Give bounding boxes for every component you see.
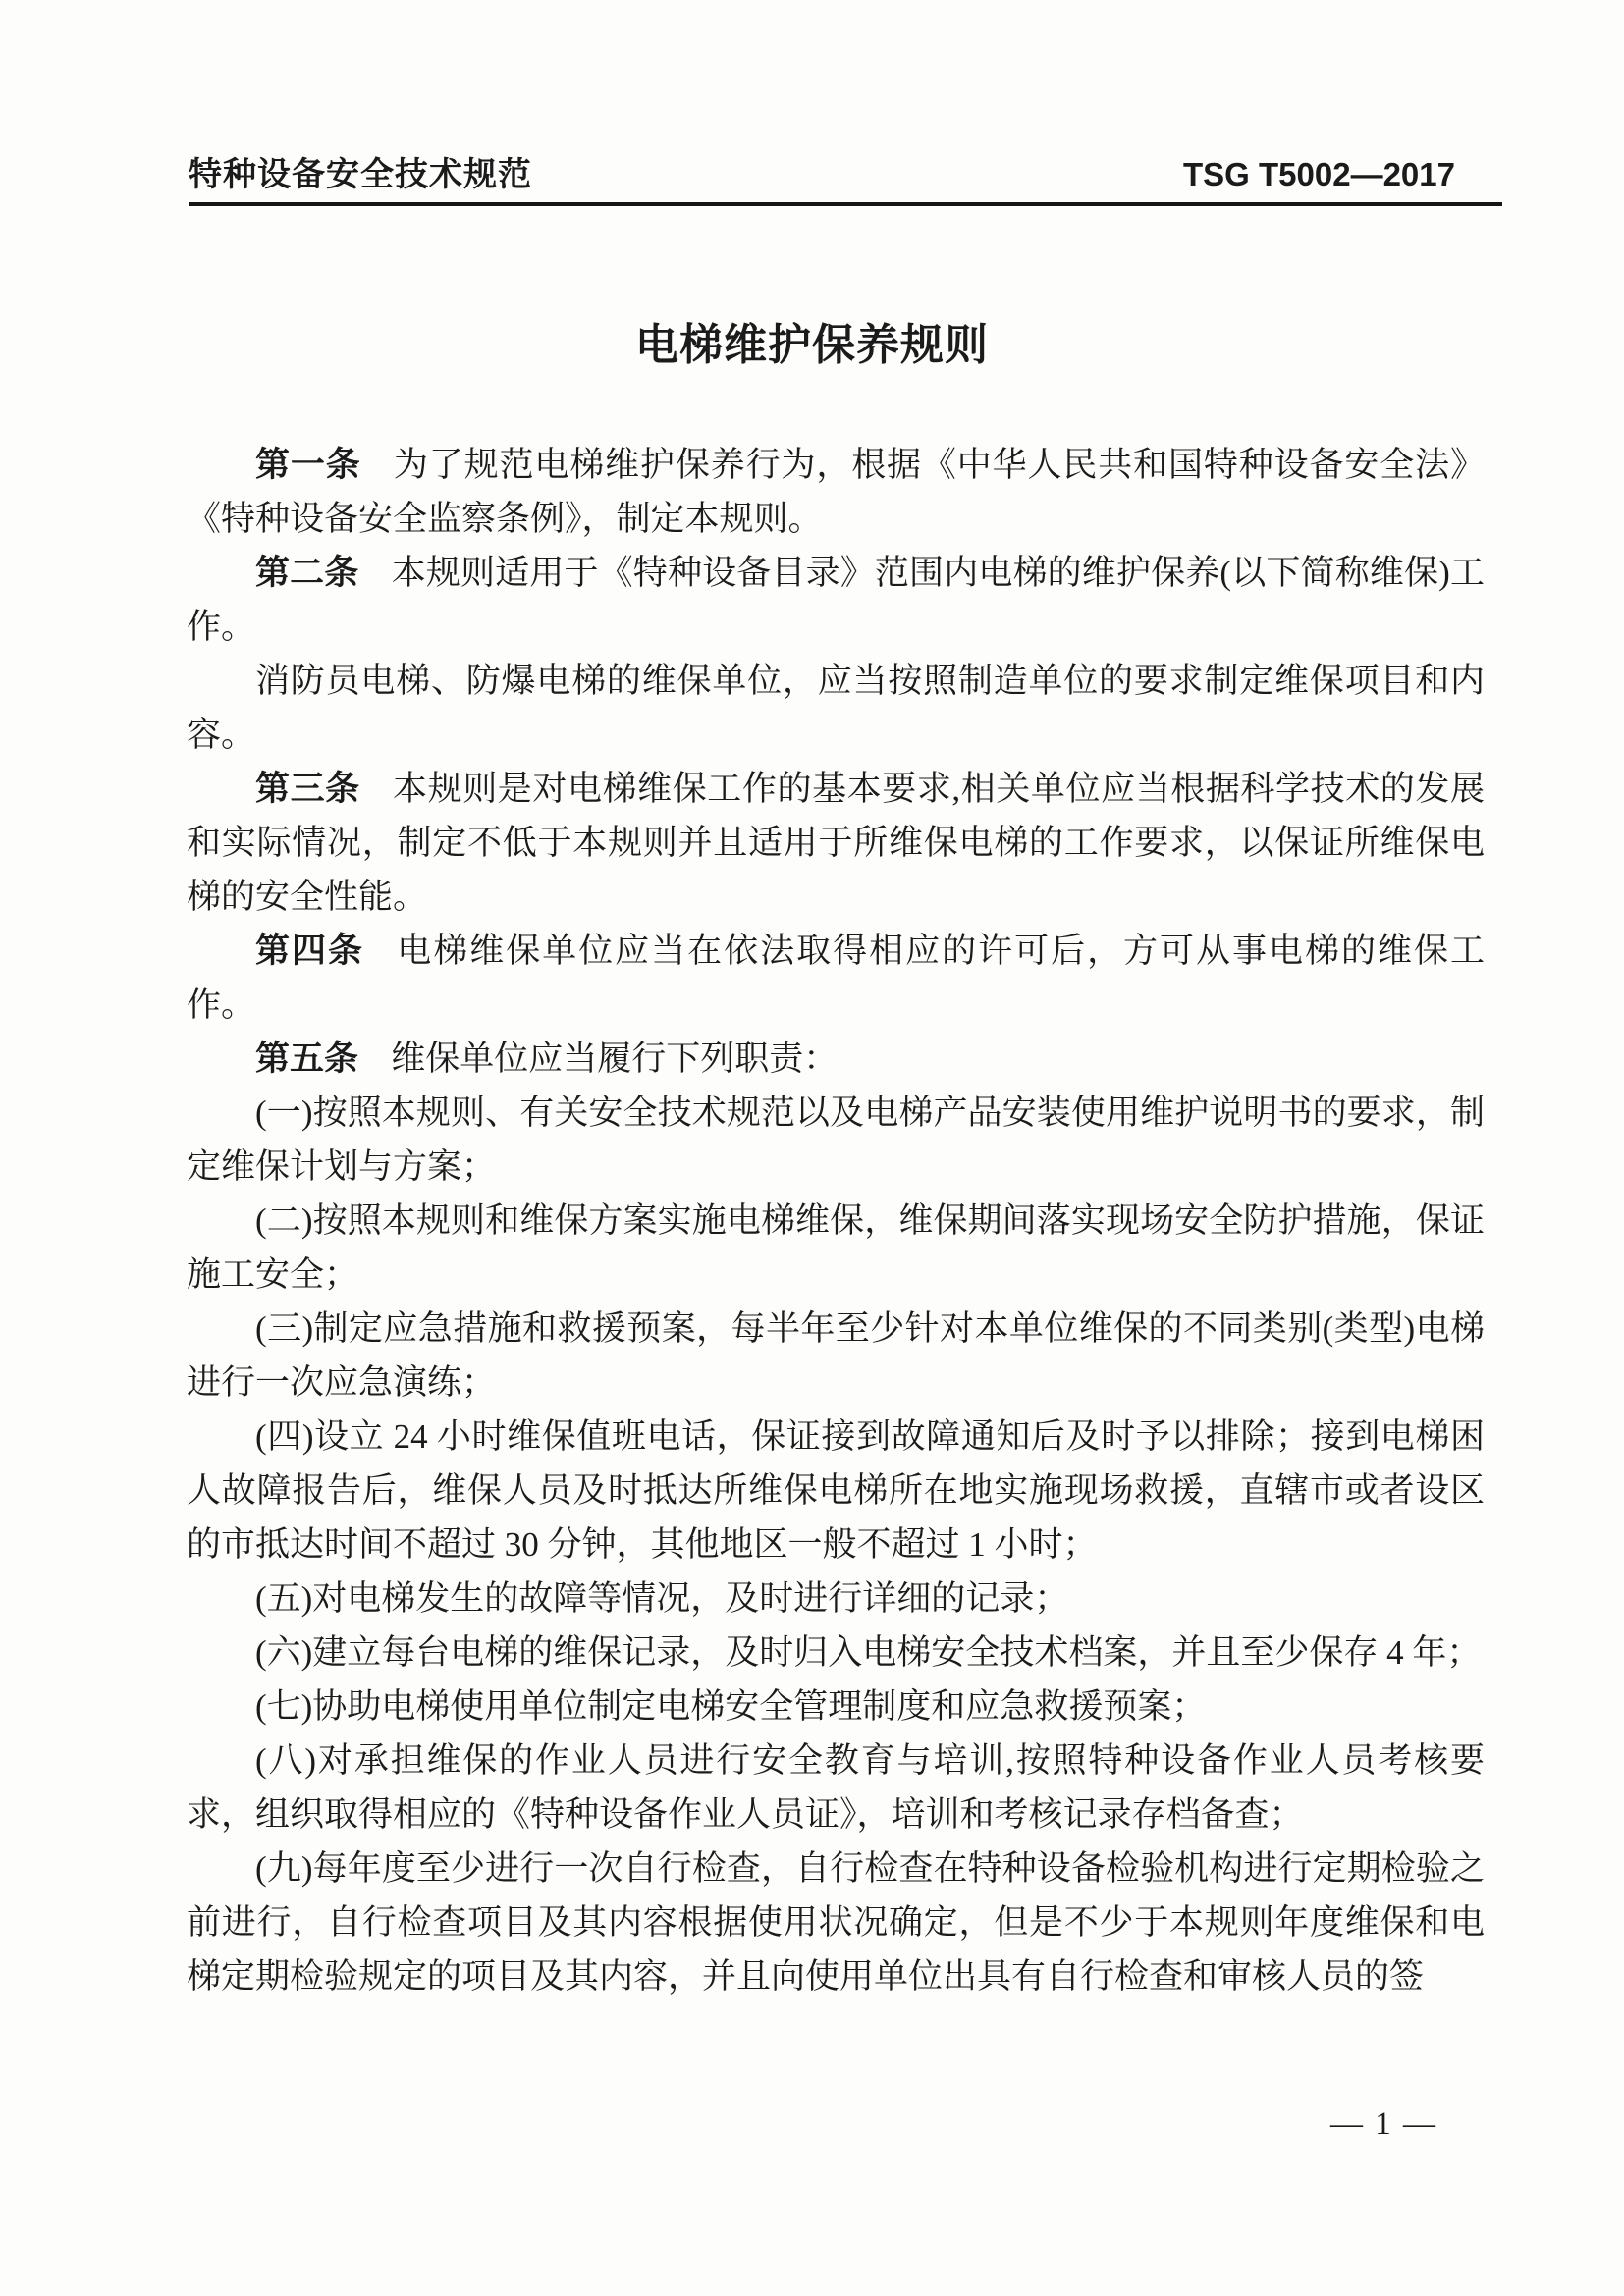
header-standard-name: 特种设备安全技术规范	[189, 155, 532, 194]
body-paragraph: (七)协助电梯使用单位制定电梯安全管理制度和应急救援预案；	[187, 1680, 1485, 1734]
body-paragraph: 第四条电梯维保单位应当在依法取得相应的许可后，方可从事电梯的维保工作。	[187, 924, 1485, 1032]
body-paragraph: 第三条本规则是对电梯维保工作的基本要求,相关单位应当根据科学技术的发展和实际情况…	[187, 762, 1485, 924]
header-document-code: TSG T5002—2017	[1183, 155, 1502, 194]
body-paragraph: (九)每年度至少进行一次自行检查，自行检查在特种设备检验机构进行定期检验之前进行…	[187, 1842, 1485, 2003]
page-number: — 1 —	[1330, 2107, 1437, 2142]
body-paragraph: 第五条维保单位应当履行下列职责：	[187, 1032, 1485, 1086]
body-paragraph: (五)对电梯发生的故障等情况，及时进行详细的记录；	[187, 1572, 1485, 1626]
article-number-label: 第五条	[255, 1040, 358, 1078]
body-paragraph: (八)对承担维保的作业人员进行安全教育与培训,按照特种设备作业人员考核要求，组织…	[187, 1734, 1485, 1842]
article-number-label: 第二条	[255, 554, 358, 592]
header-divider	[189, 202, 1502, 206]
article-number-label: 第三条	[255, 770, 360, 808]
article-number-label: 第四条	[255, 932, 364, 970]
body-paragraph: (三)制定应急措施和救援预案，每半年至少针对本单位维保的不同类别(类型)电梯进行…	[187, 1302, 1485, 1410]
body-paragraph: 第一条为了规范电梯维护保养行为，根据《中华人民共和国特种设备安全法》《特种设备安…	[187, 438, 1485, 546]
page-footer: — 1 —	[1330, 2107, 1437, 2142]
document-page: 特种设备安全技术规范 TSG T5002—2017 电梯维护保养规则 第一条为了…	[0, 0, 1624, 2296]
body-paragraph: 消防员电梯、防爆电梯的维保单位，应当按照制造单位的要求制定维保项目和内容。	[187, 654, 1485, 762]
page-header: 特种设备安全技术规范 TSG T5002—2017	[189, 155, 1502, 194]
article-number-label: 第一条	[255, 446, 361, 484]
body-paragraph: (一)按照本规则、有关安全技术规范以及电梯产品安装使用维护说明书的要求，制定维保…	[187, 1086, 1485, 1194]
body-paragraph: 第二条本规则适用于《特种设备目录》范围内电梯的维护保养(以下简称维保)工作。	[187, 546, 1485, 654]
body-paragraph: (六)建立每台电梯的维保记录，及时归入电梯安全技术档案，并且至少保存 4 年；	[187, 1626, 1485, 1680]
document-body: 第一条为了规范电梯维护保养行为，根据《中华人民共和国特种设备安全法》《特种设备安…	[187, 438, 1485, 2003]
document-title: 电梯维护保养规则	[0, 320, 1624, 371]
body-paragraph: (四)设立 24 小时维保值班电话，保证接到故障通知后及时予以排除；接到电梯困人…	[187, 1410, 1485, 1572]
body-paragraph: (二)按照本规则和维保方案实施电梯维保，维保期间落实现场安全防护措施，保证施工安…	[187, 1194, 1485, 1302]
